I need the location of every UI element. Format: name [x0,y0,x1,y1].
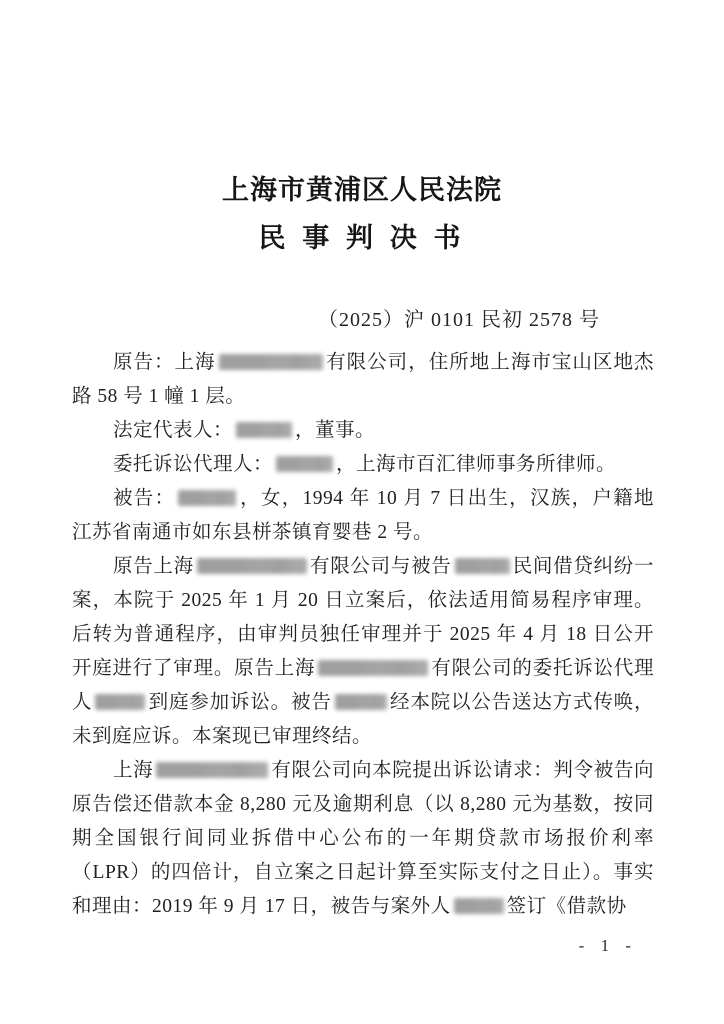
redacted-company-name [219,354,323,370]
text-segment: 原告上海 [113,556,194,577]
text-segment: ，上海市百汇律师事务所律师。 [336,454,616,475]
redacted-person-name [95,694,145,710]
redacted-company-name [197,558,307,574]
text-segment: 委托诉讼代理人： [113,454,273,475]
document-body: 原告：上海有限公司，住所地上海市宝山区地杰路 58 号 1 幢 1 层。 法定代… [72,346,654,924]
redacted-person-name [276,456,333,472]
paragraph-claims: 上海有限公司向本院提出诉讼请求：判令被告向原告偿还借款本金 8,280 元及逾期… [72,754,654,924]
redacted-person-name [335,694,387,710]
court-name: 上海市黄浦区人民法院 [0,168,724,207]
paragraph-procedure: 原告上海有限公司与被告民间借贷纠纷一案，本院于 2025 年 1 月 20 日立… [72,550,654,754]
redacted-company-name [156,762,268,778]
document-type-title: 民 事 判 决 书 [0,216,724,255]
redacted-person-name [178,490,236,506]
paragraph-attorney: 委托诉讼代理人：，上海市百汇律师事务所律师。 [72,448,654,482]
text-segment: 法定代表人： [113,420,233,441]
text-segment: 签订《借款协 [507,896,627,917]
text-segment: 有限公司向本院提出诉讼请求：判令被告向原告偿还借款本金 8,280 元及逾期利息… [72,760,654,917]
paragraph-legal-representative: 法定代表人：，董事。 [72,414,654,448]
redacted-person-name [236,422,292,438]
text-segment: ，董事。 [295,420,375,441]
case-number: （2025）沪 0101 民初 2578 号 [0,303,600,332]
page-number: - 1 - [579,936,637,956]
text-segment: 有限公司与被告 [310,556,452,577]
text-segment: 到庭参加诉讼。被告 [148,692,331,713]
redacted-person-name [455,558,510,574]
text-segment: 原告：上海 [113,352,216,373]
text-segment: 被告： [113,488,175,509]
text-segment: 上海 [113,760,153,781]
redacted-person-name [454,898,504,914]
paragraph-defendant: 被告：，女，1994 年 10 月 7 日出生，汉族，户籍地江苏省南通市如东县栟… [72,482,654,550]
redacted-company-name [318,660,428,676]
judgment-page: 上海市黄浦区人民法院 民 事 判 决 书 （2025）沪 0101 民初 257… [0,0,724,1024]
paragraph-plaintiff: 原告：上海有限公司，住所地上海市宝山区地杰路 58 号 1 幢 1 层。 [72,346,654,414]
